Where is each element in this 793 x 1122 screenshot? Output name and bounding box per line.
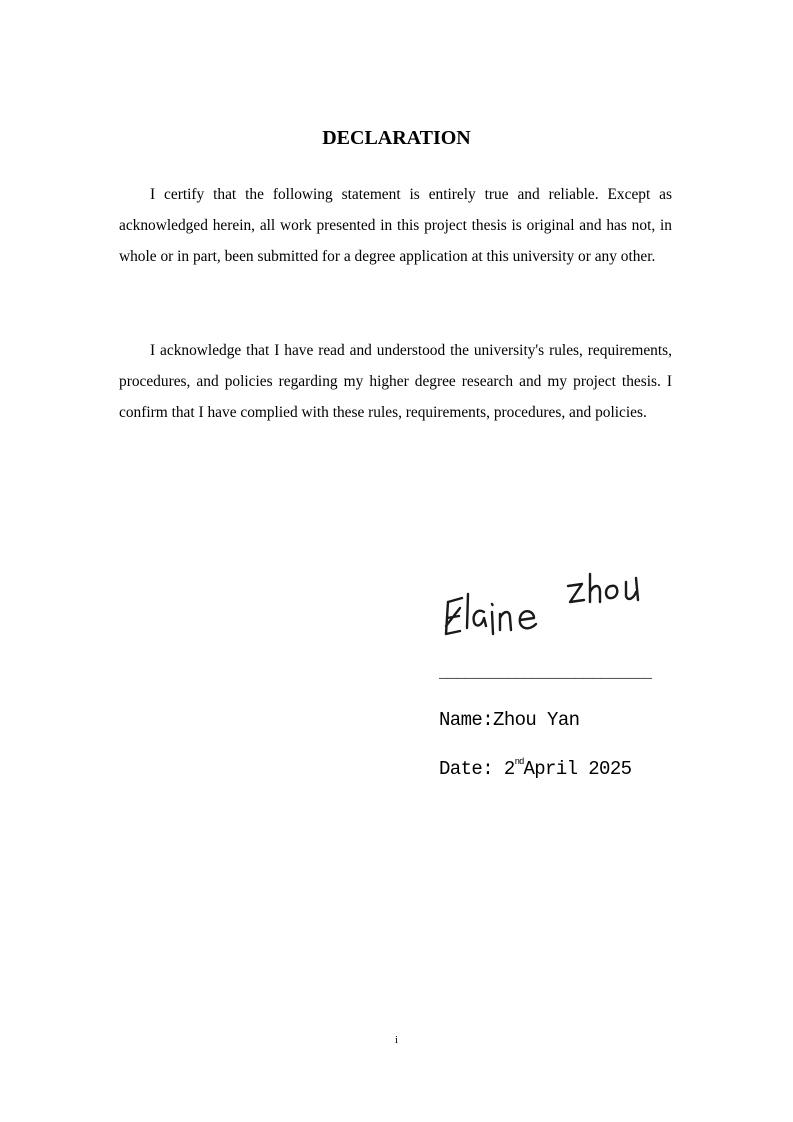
page-number: i [0,1034,793,1046]
date-day: 2 [504,758,515,780]
declaration-paragraph-2: I acknowledge that I have read and under… [119,335,672,429]
date-field: Date: 2ndApril 2025 [439,750,631,781]
name-value: Zhou Yan [493,709,579,731]
document-page: DECLARATION I certify that the following… [0,0,793,1122]
handwritten-signature: Elaine zhou [440,568,670,648]
name-label: Name: [439,709,493,731]
signature-line: _________________________ [439,664,652,684]
declaration-paragraph-1: I certify that the following statement i… [119,179,672,273]
date-label: Date: [439,758,504,780]
date-month-year: April 2025 [523,758,631,780]
name-field: Name:Zhou Yan [439,708,579,732]
page-title: DECLARATION [0,125,793,151]
